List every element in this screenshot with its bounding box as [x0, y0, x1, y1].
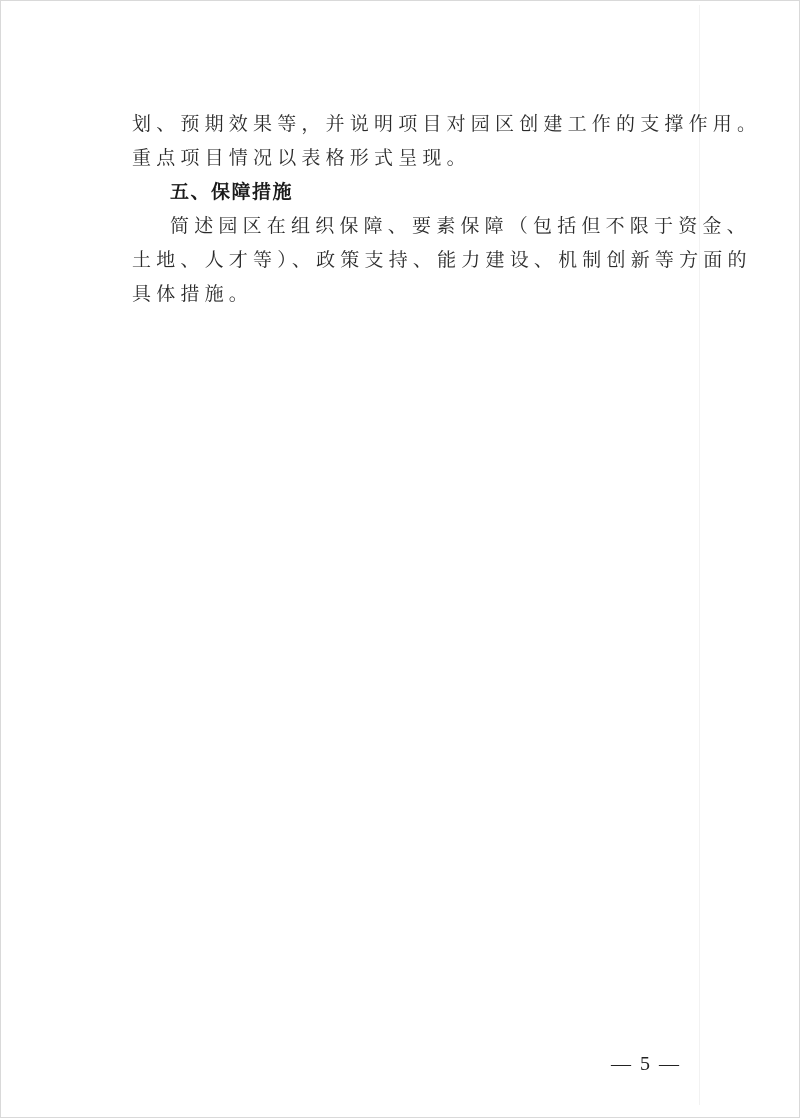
- section-heading: 五、保障措施: [132, 175, 692, 209]
- page-number: — 5 —: [611, 1053, 681, 1076]
- document-page: 划、预期效果等，并说明项目对园区创建工作的支撑作用。 重点项目情况以表格形式呈现…: [0, 0, 800, 1118]
- document-body: 划、预期效果等，并说明项目对园区创建工作的支撑作用。 重点项目情况以表格形式呈现…: [132, 107, 692, 311]
- page-edge-line: [699, 5, 700, 1105]
- paragraph-line: 简述园区在组织保障、要素保障（包括但不限于资金、: [132, 209, 692, 243]
- paragraph-line: 划、预期效果等，并说明项目对园区创建工作的支撑作用。: [132, 107, 692, 141]
- paragraph-line: 重点项目情况以表格形式呈现。: [132, 141, 692, 175]
- paragraph-line: 土地、人才等）、政策支持、能力建设、机制创新等方面的: [132, 243, 692, 277]
- paragraph-line: 具体措施。: [132, 277, 692, 311]
